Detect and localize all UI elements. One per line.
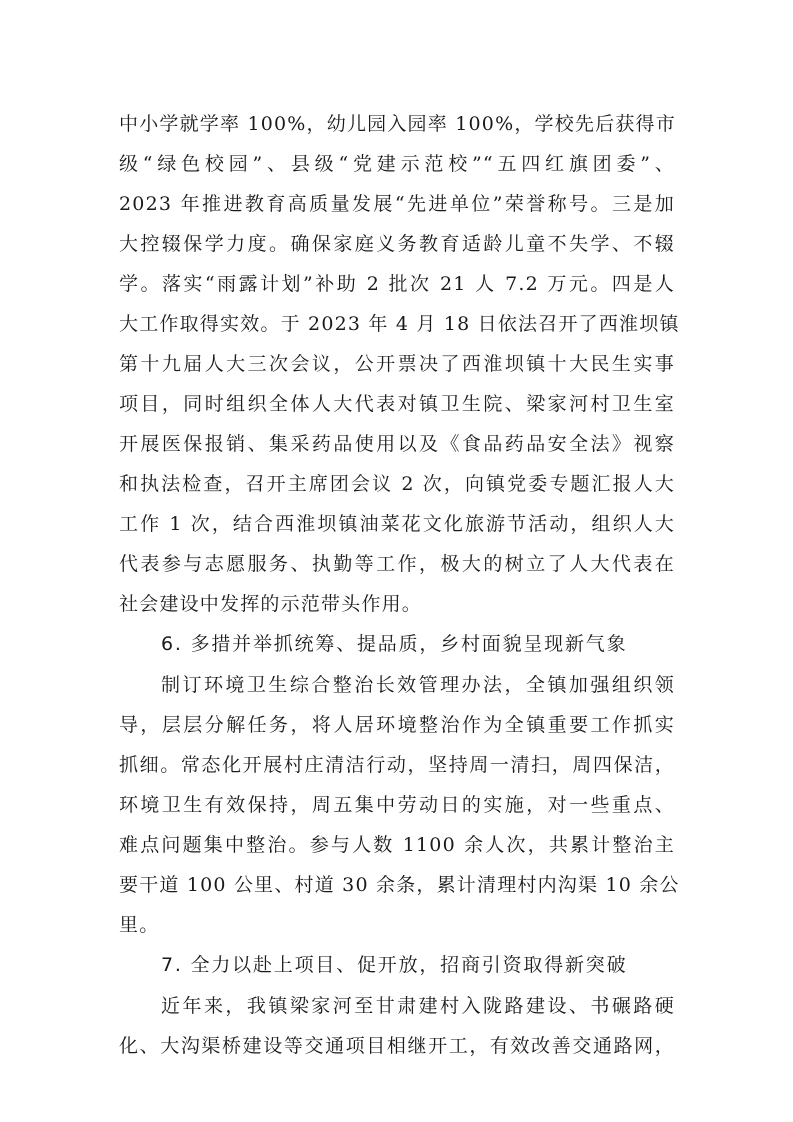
- text-line: 大工作取得实效。于 2023 年 4 月 18 日依法召开了西淮坝镇: [119, 304, 675, 344]
- text-line: 学。落实“雨露计划”补助 2 批次 21 人 7.2 万元。四是人: [119, 264, 675, 304]
- section-heading: 6. 多措并举抓统筹、提品质，乡村面貌呈现新气象: [119, 624, 675, 665]
- text-line: 化、大沟渠桥建设等交通项目相继开工，有效改善交通路网，: [119, 1026, 675, 1066]
- text-line: 抓细。常态化开展村庄清洁行动，坚持周一清扫，周四保洁，: [119, 745, 675, 785]
- text-line: 中小学就学率 100%，幼儿园入园率 100%，学校先后获得市: [119, 104, 675, 144]
- text-line: 和执法检查，召开主席团会议 2 次，向镇党委专题汇报人大: [119, 464, 675, 504]
- text-line: 难点问题集中整治。参与人数 1100 余人次，共累计整治主: [119, 825, 675, 865]
- text-line: 级“绿色校园”、县级“党建示范校”“五四红旗团委”、: [119, 144, 675, 184]
- section-heading: 7. 全力以赴上项目、促开放，招商引资取得新突破: [119, 945, 675, 986]
- paragraph-education-npc: 中小学就学率 100%，幼儿园入园率 100%，学校先后获得市 级“绿色校园”、…: [119, 104, 675, 624]
- text-line: 工作 1 次，结合西淮坝镇油菜花文化旅游节活动，组织人大: [119, 504, 675, 544]
- text-line: 制订环境卫生综合整治长效管理办法，全镇加强组织领: [119, 665, 675, 705]
- text-line: 环境卫生有效保持，周五集中劳动日的实施，对一些重点、: [119, 785, 675, 825]
- document-page: 中小学就学率 100%，幼儿园入园率 100%，学校先后获得市 级“绿色校园”、…: [119, 104, 675, 1066]
- text-line: 2023 年推进教育高质量发展“先进单位”荣誉称号。三是加: [119, 184, 675, 224]
- text-line: 开展医保报销、集采药品使用以及《食品药品安全法》视察: [119, 424, 675, 464]
- section-6: 6. 多措并举抓统筹、提品质，乡村面貌呈现新气象 制订环境卫生综合整治长效管理办…: [119, 624, 675, 945]
- text-line: 导，层层分解任务，将人居环境整治作为全镇重要工作抓实: [119, 705, 675, 745]
- text-line: 大控辍保学力度。确保家庭义务教育适龄儿童不失学、不辍: [119, 224, 675, 264]
- text-line: 项目，同时组织全体人大代表对镇卫生院、梁家河村卫生室: [119, 384, 675, 424]
- text-line: 里。: [119, 905, 675, 945]
- section-7: 7. 全力以赴上项目、促开放，招商引资取得新突破 近年来，我镇梁家河至甘肃建村入…: [119, 945, 675, 1066]
- text-line: 社会建设中发挥的示范带头作用。: [119, 584, 675, 624]
- text-line: 要干道 100 公里、村道 30 余条，累计清理村内沟渠 10 余公: [119, 865, 675, 905]
- text-line: 近年来，我镇梁家河至甘肃建村入陇路建设、书碾路硬: [119, 986, 675, 1026]
- text-line: 第十九届人大三次会议，公开票决了西淮坝镇十大民生实事: [119, 344, 675, 384]
- text-line: 代表参与志愿服务、执勤等工作，极大的树立了人大代表在: [119, 544, 675, 584]
